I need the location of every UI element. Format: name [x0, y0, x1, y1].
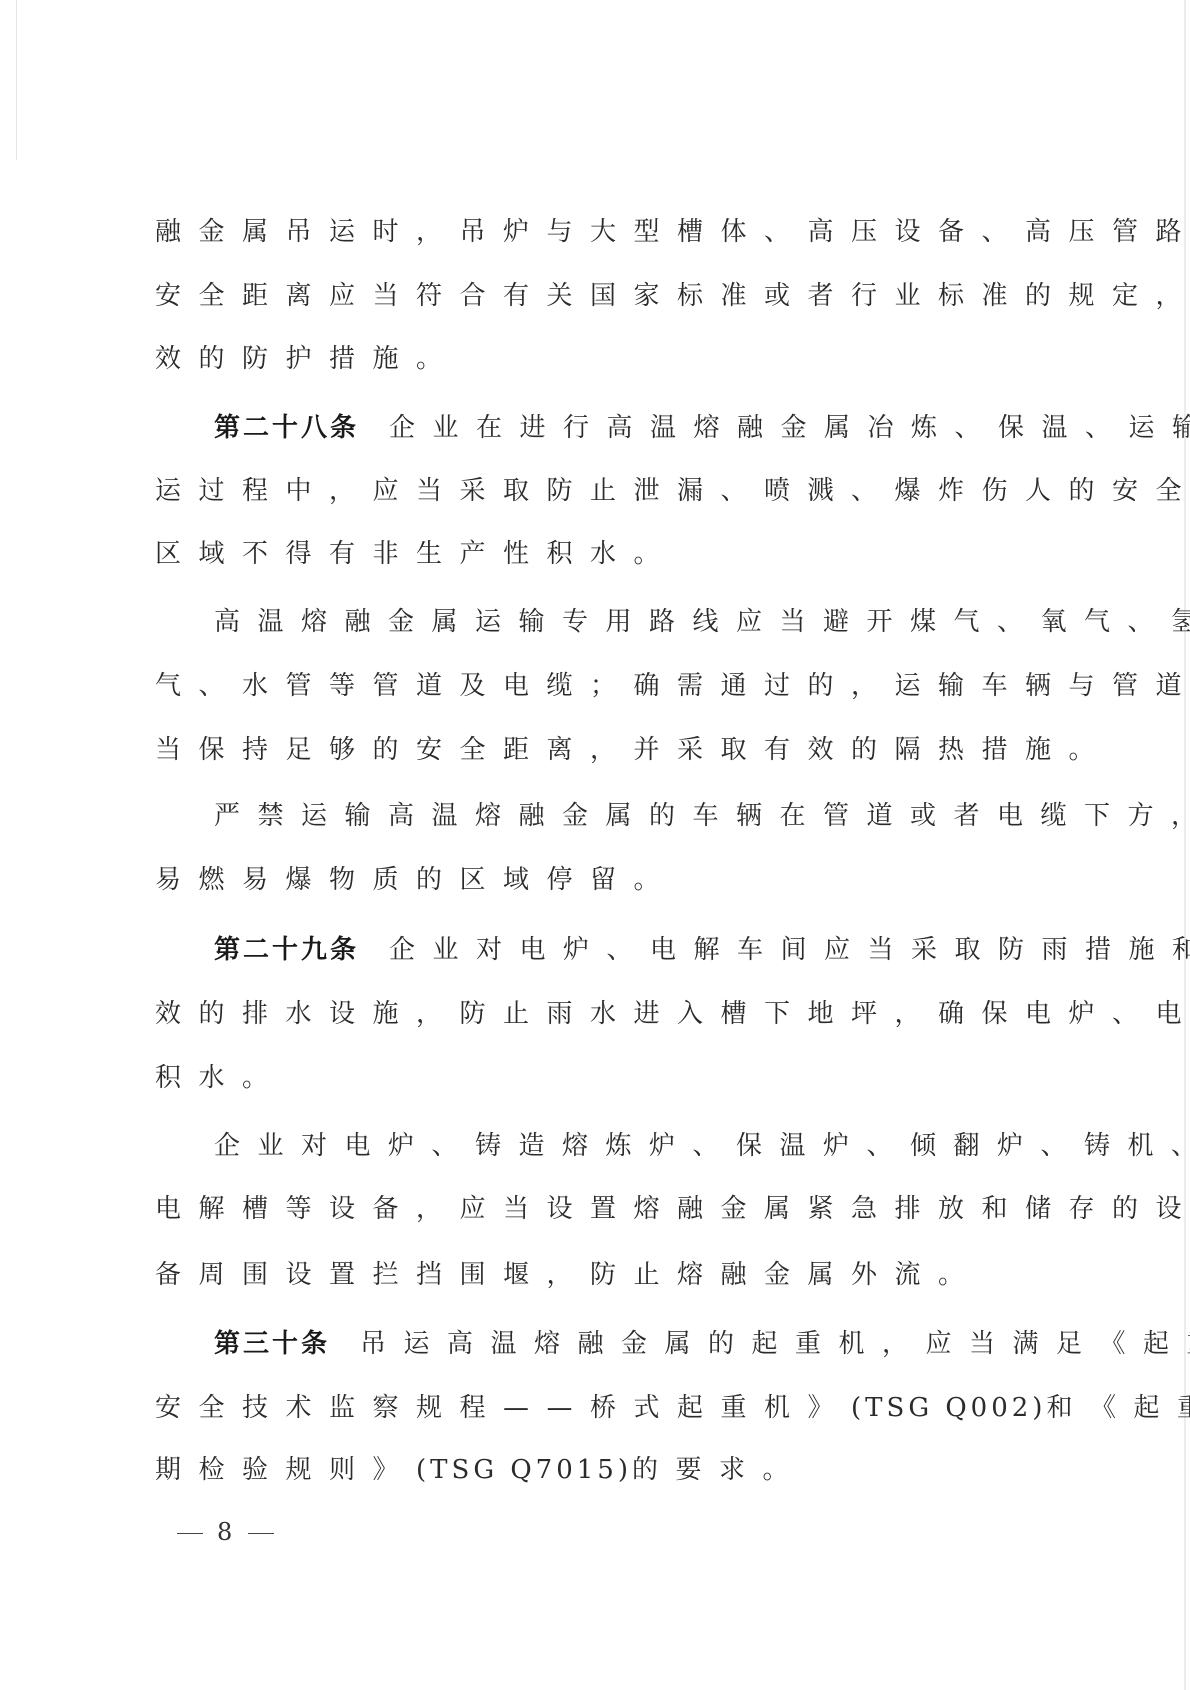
article-28-heading-line: 第二十八条企业在进行高温熔融金属冶炼、保温、运输、吊	[214, 406, 1034, 450]
page-number-value: 8	[217, 1518, 234, 1546]
text-line: 气、水管等管道及电缆；确需通过的，运输车辆与管道、电缆之间应	[155, 664, 1035, 708]
article-30-heading-line: 第三十条吊运高温熔融金属的起重机，应当满足《起重机械	[214, 1322, 1034, 1366]
text-line: 效的排水设施，防止雨水进入槽下地坪，确保电炉、电解槽下没有	[155, 992, 1035, 1036]
dash-decoration	[248, 1533, 274, 1534]
text-line: 运过程中，应当采取防止泄漏、喷溅、爆炸伤人的安全措施，其影响	[155, 469, 1035, 513]
document-page: 融金属吊运时，吊炉与大型槽体、高压设备、高压管路、压力容器的 安全距离应当符合有…	[0, 0, 1190, 1690]
text-line: 严禁运输高温熔融金属的车辆在管道或者电缆下方，以及有	[214, 794, 1034, 838]
text-segment: 的要求。	[632, 1455, 806, 1485]
text-line: 融金属吊运时，吊炉与大型槽体、高压设备、高压管路、压力容器的	[155, 210, 1035, 254]
standard-code: (TSG Q7015)	[416, 1455, 632, 1485]
text-line: 电解槽等设备，应当设置熔融金属紧急排放和储存的设施，并在设	[155, 1187, 1035, 1231]
article-label: 第二十八条	[214, 413, 359, 443]
text-line: 安全距离应当符合有关国家标准或者行业标准的规定，并采取有	[155, 274, 1035, 318]
text-line: 当保持足够的安全距离，并采取有效的隔热措施。	[155, 728, 1035, 772]
dash-decoration	[177, 1533, 203, 1534]
page-number: 8	[177, 1518, 274, 1546]
text-line: 积水。	[155, 1056, 1035, 1100]
standard-code: (TSG Q002)	[851, 1393, 1046, 1423]
article-text: 吊运高温熔融金属的起重机，应当满足《起重机械	[360, 1329, 1190, 1359]
text-line: 备周围设置拦挡围堰，防止熔融金属外流。	[155, 1253, 1035, 1297]
text-line: 安全技术监察规程——桥式起重机》(TSG Q002)和《起重机械定	[155, 1386, 1035, 1430]
article-label: 第二十九条	[214, 935, 359, 965]
text-line: 企业对电炉、铸造熔炼炉、保温炉、倾翻炉、铸机、流液槽、熔盐	[214, 1124, 1034, 1168]
text-line: 易燃易爆物质的区域停留。	[155, 858, 1035, 902]
text-segment: 期检验规则》	[155, 1455, 416, 1485]
text-line: 效的防护措施。	[155, 337, 1035, 381]
text-segment: 和《起重机械定	[1046, 1393, 1190, 1423]
article-29-heading-line: 第二十九条企业对电炉、电解车间应当采取防雨措施和有	[214, 928, 1034, 972]
article-label: 第三十条	[214, 1329, 330, 1359]
article-text: 企业在进行高温熔融金属冶炼、保温、运输、吊	[389, 413, 1190, 443]
text-line: 期检验规则》(TSG Q7015)的要求。	[155, 1448, 1035, 1492]
text-line: 区域不得有非生产性积水。	[155, 532, 1035, 576]
text-segment: 安全技术监察规程——桥式起重机》	[155, 1393, 851, 1423]
text-line: 高温熔融金属运输专用路线应当避开煤气、氧气、氢气、天然	[214, 600, 1034, 644]
article-text: 企业对电炉、电解车间应当采取防雨措施和有	[389, 935, 1190, 965]
